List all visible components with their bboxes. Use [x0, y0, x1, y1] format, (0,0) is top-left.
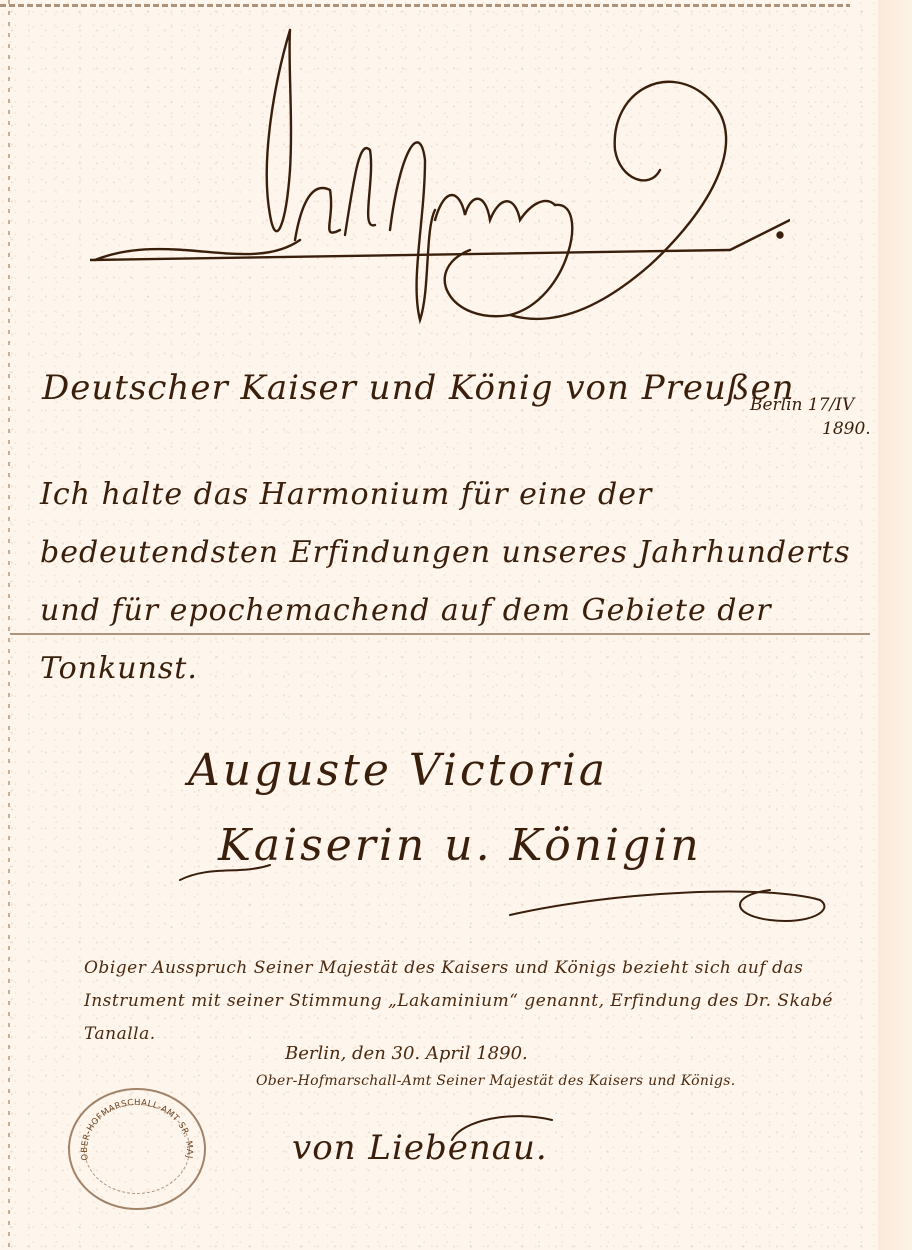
empress-signature: Auguste Victoria Kaiserin u. Königin: [170, 725, 850, 935]
fold-divider: [10, 633, 870, 635]
official-signature-flourish-icon: [282, 1110, 702, 1190]
official-seal: OBER-HOFMARSCHALL-AMT SR. MAJESTÄT D. KA…: [68, 1088, 206, 1210]
printed-dateline: Berlin, den 30. April 1890.: [285, 1043, 528, 1064]
svg-text:OBER-HOFMARSCHALL-AMT SR. MAJE: OBER-HOFMARSCHALL-AMT SR. MAJESTÄT D. KA…: [70, 1090, 194, 1161]
kaiser-title-line: Deutscher Kaiser und König von Preußen: [42, 368, 795, 408]
printed-office: Ober-Hofmarschall-Amt Seiner Majestät de…: [256, 1073, 735, 1089]
official-seal-text: OBER-HOFMARSCHALL-AMT SR. MAJESTÄT D. KA…: [70, 1090, 194, 1161]
place-date: Berlin 17/IV 1890.: [750, 395, 871, 439]
kaiser-statement: Ich halte das Harmonium für eine der bed…: [40, 466, 870, 698]
printed-note: Obiger Ausspruch Seiner Majestät des Kai…: [84, 952, 874, 1051]
page-margin: [878, 0, 912, 1250]
left-border-line: [8, 0, 10, 1250]
empress-flourish-icon: [170, 725, 850, 935]
kaiser-signature: Wilhelm I.R.: [90, 20, 790, 350]
top-border-line: [0, 4, 850, 7]
official-seal-text-icon: OBER-HOFMARSCHALL-AMT SR. MAJESTÄT D. KA…: [70, 1090, 204, 1208]
place-date-year: 1890.: [822, 419, 871, 439]
place-date-text: Berlin 17/IV: [750, 395, 854, 415]
official-signature: von Liebenau.: [282, 1110, 702, 1190]
